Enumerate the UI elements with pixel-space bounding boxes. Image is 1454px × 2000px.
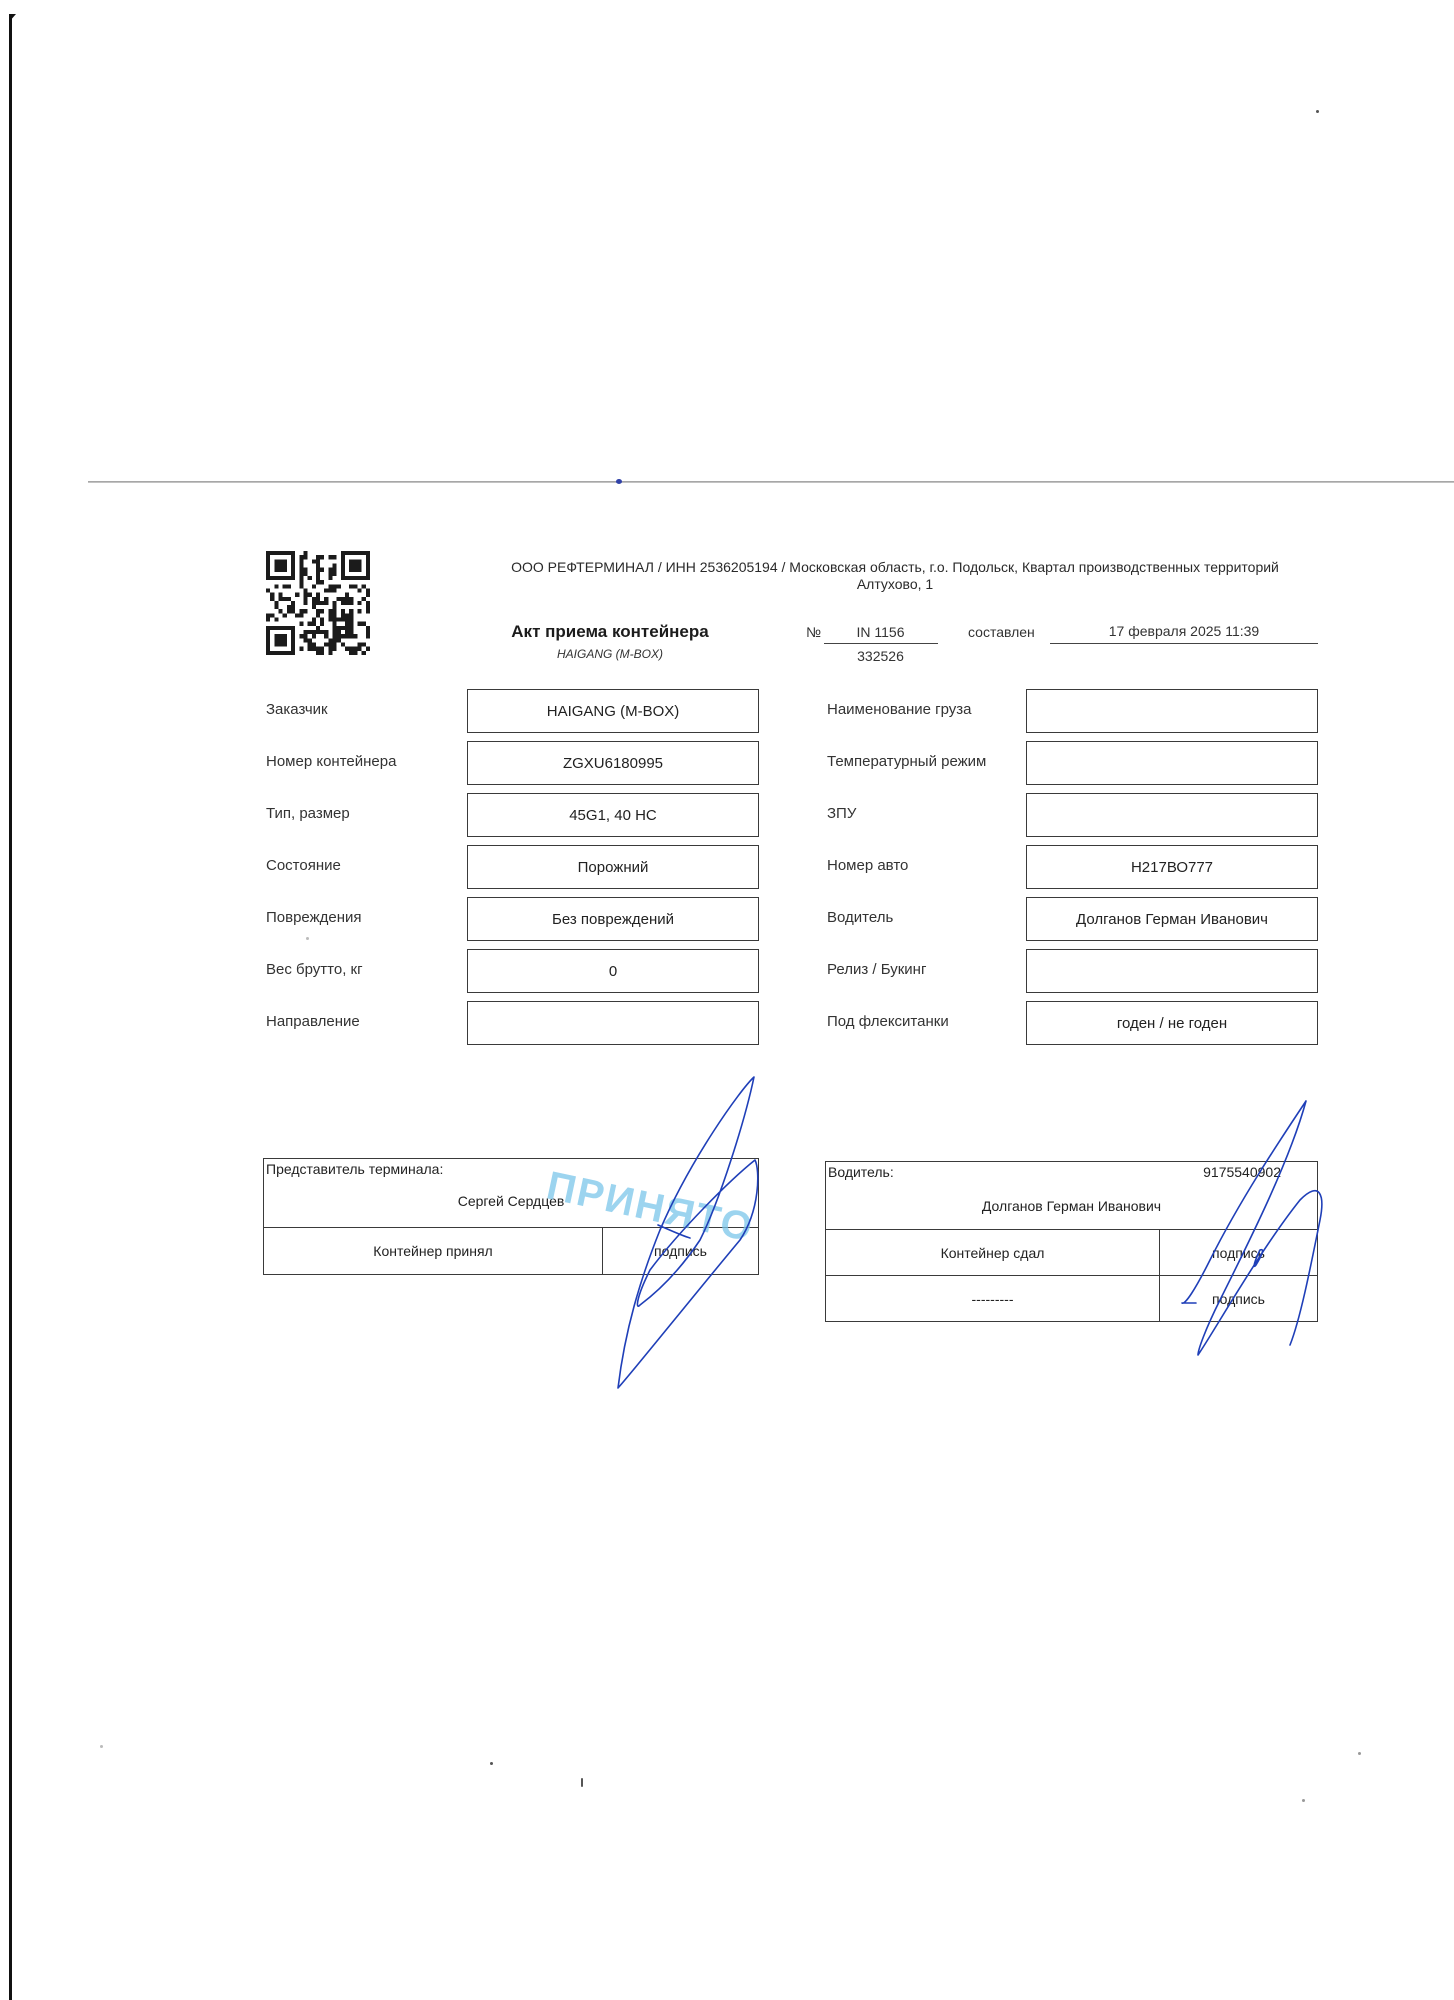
right-field-value-field[interactable]	[1026, 741, 1318, 785]
scan-edge-line	[9, 14, 12, 2000]
left-field-value-field[interactable]: 0	[467, 949, 759, 993]
right-field-label: Наименование груза	[827, 701, 972, 718]
scan-speck	[100, 1745, 103, 1748]
left-field-label: Тип, размер	[266, 805, 350, 822]
composed-label: составлен	[968, 624, 1035, 640]
page-fold-line	[88, 481, 1454, 483]
right-field-label: Под флекситанки	[827, 1013, 949, 1030]
scan-speck	[490, 1762, 493, 1765]
driver-label: Водитель:	[828, 1164, 894, 1180]
scan-edge-corner	[9, 14, 16, 22]
left-field-value-field[interactable]: HAIGANG (M-BOX)	[467, 689, 759, 733]
right-field-value-field[interactable]: Н217ВО777	[1026, 845, 1318, 889]
ink-dot	[616, 479, 622, 484]
document-subtitle: HAIGANG (M-BOX)	[470, 647, 750, 661]
driver-dashes: ---------	[826, 1276, 1160, 1322]
composed-date: 17 февраля 2025 11:39	[1050, 623, 1318, 639]
left-field-value-field[interactable]: 45G1, 40 HC	[467, 793, 759, 837]
scan-speck	[1302, 1799, 1305, 1802]
container-accepted-label: Контейнер принял	[264, 1228, 603, 1275]
right-field-label: Водитель	[827, 909, 893, 926]
left-field-label: Номер контейнера	[266, 753, 396, 770]
number-label: №	[806, 624, 821, 640]
right-field-value-field[interactable]	[1026, 689, 1318, 733]
company-line-1: ООО РЕФТЕРМИНАЛ / ИНН 2536205194 / Моско…	[470, 559, 1320, 576]
date-underline	[1050, 643, 1318, 644]
driver-signature-field-2[interactable]: подпись	[1160, 1276, 1318, 1322]
act-number: IN 1156	[823, 624, 938, 640]
driver-name: Долганов Герман Иванович	[826, 1198, 1317, 1214]
right-field-label: Номер авто	[827, 857, 908, 874]
left-field-value-field[interactable]	[467, 1001, 759, 1045]
qr-code-icon	[266, 551, 370, 655]
driver-cell: Водитель: 9175540902 Долганов Герман Ива…	[826, 1162, 1318, 1230]
scan-speck	[1358, 1752, 1361, 1755]
act-subnumber: 332526	[823, 648, 938, 664]
right-field-label: Релиз / Букинг	[827, 961, 926, 978]
container-handed-label: Контейнер сдал	[826, 1230, 1160, 1276]
scan-speck	[306, 937, 309, 940]
scan-speck	[581, 1778, 583, 1787]
left-field-value-field[interactable]: Порожний	[467, 845, 759, 889]
right-field-value-field[interactable]	[1026, 793, 1318, 837]
right-field-value-field[interactable]	[1026, 949, 1318, 993]
driver-signature-field[interactable]: подпись	[1160, 1230, 1318, 1276]
driver-phone: 9175540902	[1203, 1164, 1281, 1180]
left-field-label: Заказчик	[266, 701, 328, 718]
left-field-value-field[interactable]: Без повреждений	[467, 897, 759, 941]
signature-overlay	[0, 0, 1454, 2000]
scan-speck	[1316, 110, 1319, 113]
right-field-label: ЗПУ	[827, 805, 856, 822]
left-field-value-field[interactable]: ZGXU6180995	[467, 741, 759, 785]
left-field-label: Вес брутто, кг	[266, 961, 363, 978]
terminal-rep-label: Представитель терминала:	[266, 1161, 443, 1177]
right-field-value-field[interactable]: Долганов Герман Иванович	[1026, 897, 1318, 941]
company-line-2: Алтухово, 1	[470, 576, 1320, 593]
left-field-label: Состояние	[266, 857, 341, 874]
left-field-label: Повреждения	[266, 909, 362, 926]
document-title: Акт приема контейнера	[470, 622, 750, 642]
driver-signature-block: Водитель: 9175540902 Долганов Герман Ива…	[825, 1161, 1318, 1322]
left-field-label: Направление	[266, 1013, 360, 1030]
right-field-value-field[interactable]: годен / не годен	[1026, 1001, 1318, 1045]
company-info: ООО РЕФТЕРМИНАЛ / ИНН 2536205194 / Моско…	[470, 559, 1320, 593]
number-underline	[824, 643, 938, 644]
right-field-label: Температурный режим	[827, 753, 986, 770]
